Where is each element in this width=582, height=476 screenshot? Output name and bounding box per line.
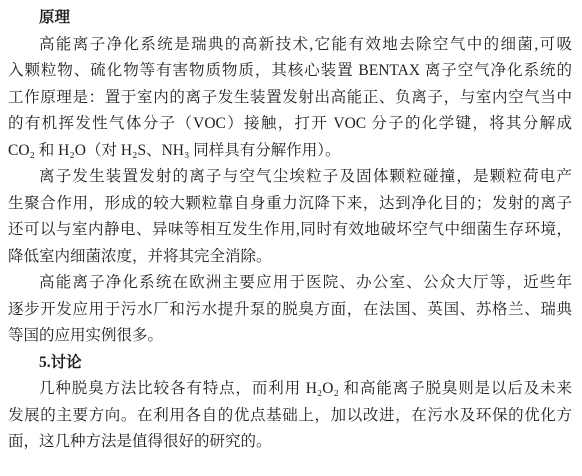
document-page: 原理 高能离子净化系统是瑞典的高新技术,它能有效地去除空气中的细菌,可吸 入颗粒… bbox=[0, 0, 582, 476]
paragraph-4-line-2: 发展的主要方向。在利用各自的优点基础上，加以改进，在污水及环保的优化方 bbox=[8, 403, 572, 430]
paragraph-1-line-5: CO₂ 和 H₂O（对 H₂S、NH₃ 同样具有分解作用）。 bbox=[8, 138, 572, 165]
paragraph-1-line-3: 工作原理是：置于室内的离子发生装置发射出高能正、负离子，与室内空气当中 bbox=[8, 85, 572, 112]
paragraph-2-line-2: 生聚合作用，形成的较大颗粒靠自身重力沉降下来，达到净化目的；发射的离子 bbox=[8, 191, 572, 218]
paragraph-3-line-1: 高能离子净化系统在欧洲主要应用于医院、办公室、公众大厅等，近些年 bbox=[8, 270, 572, 297]
paragraph-1-line-2: 入颗粒物、硫化物等有害物质物质，其核心装置 BENTAX 离子空气净化系统的 bbox=[8, 58, 572, 85]
paragraph-3-line-3: 等国的应用实例很多。 bbox=[8, 323, 572, 350]
paragraph-1-line-1: 高能离子净化系统是瑞典的高新技术,它能有效地去除空气中的细菌,可吸 bbox=[8, 32, 572, 59]
paragraph-2-line-3: 还可以与室内静电、异味等相互发生作用,同时有效地破坏空气中细菌生存环境， bbox=[8, 217, 572, 244]
heading-discussion: 5.讨论 bbox=[8, 350, 572, 377]
paragraph-1-line-4: 的有机挥发性气体分子（VOC）接触，打开 VOC 分子的化学键，将其分解成 bbox=[8, 111, 572, 138]
paragraph-4-line-1: 几种脱臭方法比较各有特点，而利用 H₂O₂ 和高能离子脱臭则是以后及未来 bbox=[8, 376, 572, 403]
paragraph-4-line-3: 面，这几种方法是值得很好的研究的。 bbox=[8, 429, 572, 456]
paragraph-2-line-1: 离子发生装置发射的离子与空气尘埃粒子及固体颗粒碰撞，是颗粒荷电产 bbox=[8, 164, 572, 191]
paragraph-3-line-2: 逐步开发应用于污水厂和污水提升泵的脱臭方面，在法国、英国、苏格兰、瑞典 bbox=[8, 297, 572, 324]
paragraph-2-line-4: 降低室内细菌浓度，并将其完全消除。 bbox=[8, 244, 572, 271]
heading-principle: 原理 bbox=[8, 5, 572, 32]
